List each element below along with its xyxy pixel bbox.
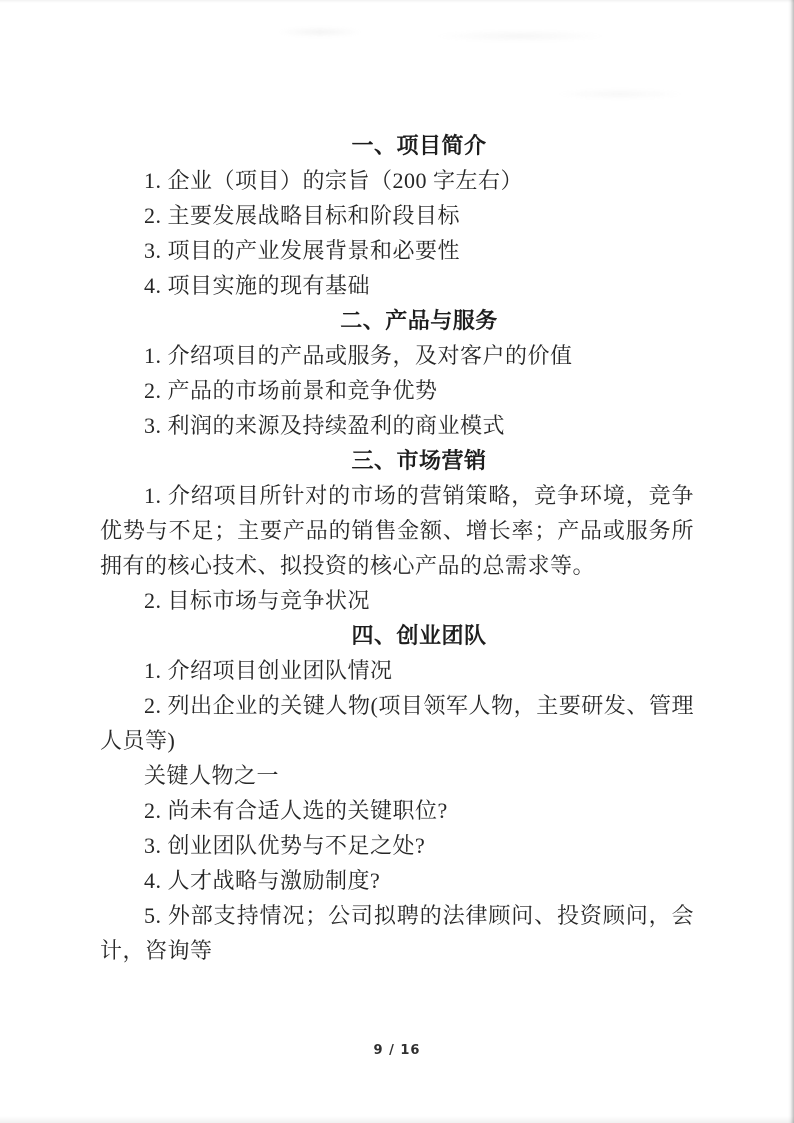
section-4-item: 2. 尚未有合适人选的关键职位?: [100, 793, 694, 828]
section-1-heading: 一、项目简介: [100, 128, 694, 163]
section-1-item: 3. 项目的产业发展背景和必要性: [100, 233, 694, 268]
section-3-heading: 三、市场营销: [100, 443, 694, 478]
section-4-item: 5. 外部支持情况；公司拟聘的法律顾问、投资顾问，会计，咨询等: [100, 898, 694, 968]
section-3-item: 2. 目标市场与竞争状况: [100, 583, 694, 618]
scan-bleedthrough-artifact: [0, 18, 794, 108]
scan-edge-shadow-top: [0, 0, 794, 3]
section-2-heading: 二、产品与服务: [100, 303, 694, 338]
section-2-item: 3. 利润的来源及持续盈利的商业模式: [100, 408, 694, 443]
section-1-item: 4. 项目实施的现有基础: [100, 268, 694, 303]
section-3-item: 1. 介绍项目所针对的市场的营销策略，竞争环境，竞争优势与不足；主要产品的销售金…: [100, 478, 694, 583]
section-4-item: 1. 介绍项目创业团队情况: [100, 653, 694, 688]
document-content: 一、项目简介 1. 企业（项目）的宗旨（200 字左右） 2. 主要发展战略目标…: [100, 128, 694, 968]
section-4-item: 3. 创业团队优势与不足之处?: [100, 828, 694, 863]
scan-edge-shadow-right: [788, 0, 794, 1123]
section-1-item: 1. 企业（项目）的宗旨（200 字左右）: [100, 163, 694, 198]
section-4-heading: 四、创业团队: [100, 618, 694, 653]
scan-edge-shadow-bottom: [0, 1116, 794, 1123]
section-4-item: 关键人物之一: [100, 758, 694, 793]
section-1-item: 2. 主要发展战略目标和阶段目标: [100, 198, 694, 233]
section-4-item: 2. 列出企业的关键人物(项目领军人物，主要研发、管理人员等): [100, 688, 694, 758]
section-2-item: 1. 介绍项目的产品或服务，及对客户的价值: [100, 338, 694, 373]
section-2-item: 2. 产品的市场前景和竞争优势: [100, 373, 694, 408]
section-4-item: 4. 人才战略与激励制度?: [100, 863, 694, 898]
document-page: 一、项目简介 1. 企业（项目）的宗旨（200 字左右） 2. 主要发展战略目标…: [0, 0, 794, 1123]
page-number: 9 / 16: [0, 1043, 794, 1058]
